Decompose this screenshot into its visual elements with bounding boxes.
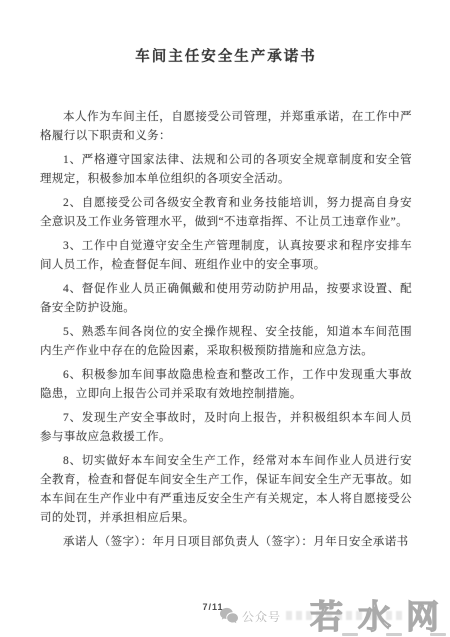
page-footer: 7/11 bbox=[0, 597, 450, 615]
list-item-8: 8、切实做好本车间安全生产工作，经常对本车间作业人员进行安全教育，检查和督促车间… bbox=[40, 452, 412, 528]
page-number: 7/11 bbox=[202, 602, 223, 612]
list-item-2: 2、自愿接受公司各级安全教育和业务技能培训，努力提高自身安全意识及工作业务管理水… bbox=[40, 194, 412, 232]
list-item-5: 5、熟悉车间各岗位的安全操作规程、安全技能，知道本车间范围内生产作业中存在的危险… bbox=[40, 323, 412, 361]
intro-paragraph: 本人作为车间主任，自愿接受公司管理，并郑重承诺，在工作中严格履行以下职责和义务： bbox=[40, 108, 412, 146]
list-item-1: 1、严格遵守国家法律、法规和公司的各项安全规章制度和安全管理规定，积极参加本单位… bbox=[40, 151, 412, 189]
list-item-6: 6、积极参加车间事故隐患检查和整改工作，工作中发现重大事故隐患，立即向上报告公司… bbox=[40, 366, 412, 404]
document-content: 车间主任安全生产承诺书 本人作为车间主任，自愿接受公司管理，并郑重承诺，在工作中… bbox=[0, 47, 450, 552]
watermark-dash bbox=[430, 633, 446, 636]
document-page: 车间主任安全生产承诺书 本人作为车间主任，自愿接受公司管理，并郑重承诺，在工作中… bbox=[0, 0, 450, 637]
list-item-4: 4、督促作业人员正确佩戴和使用劳动防护用品，按要求设置、配备安全防护设施。 bbox=[40, 280, 412, 318]
watermark-dash bbox=[386, 633, 402, 636]
watermark-dash bbox=[342, 633, 358, 636]
watermark-underline-marks bbox=[342, 633, 446, 636]
signature-line: 承诺人（签字）：年月日项目部负责人（签字）：月年日安全承诺书 bbox=[40, 533, 412, 552]
list-item-7: 7、发现生产安全事故时，及时向上报告，并积极组织本车间人员参与事故应急救援工作。 bbox=[40, 409, 412, 447]
document-title: 车间主任安全生产承诺书 bbox=[40, 47, 412, 67]
list-item-3: 3、工作中自觉遵守安全生产管理制度，认真按要求和程序安排车间人员工作，检查督促车… bbox=[40, 237, 412, 275]
